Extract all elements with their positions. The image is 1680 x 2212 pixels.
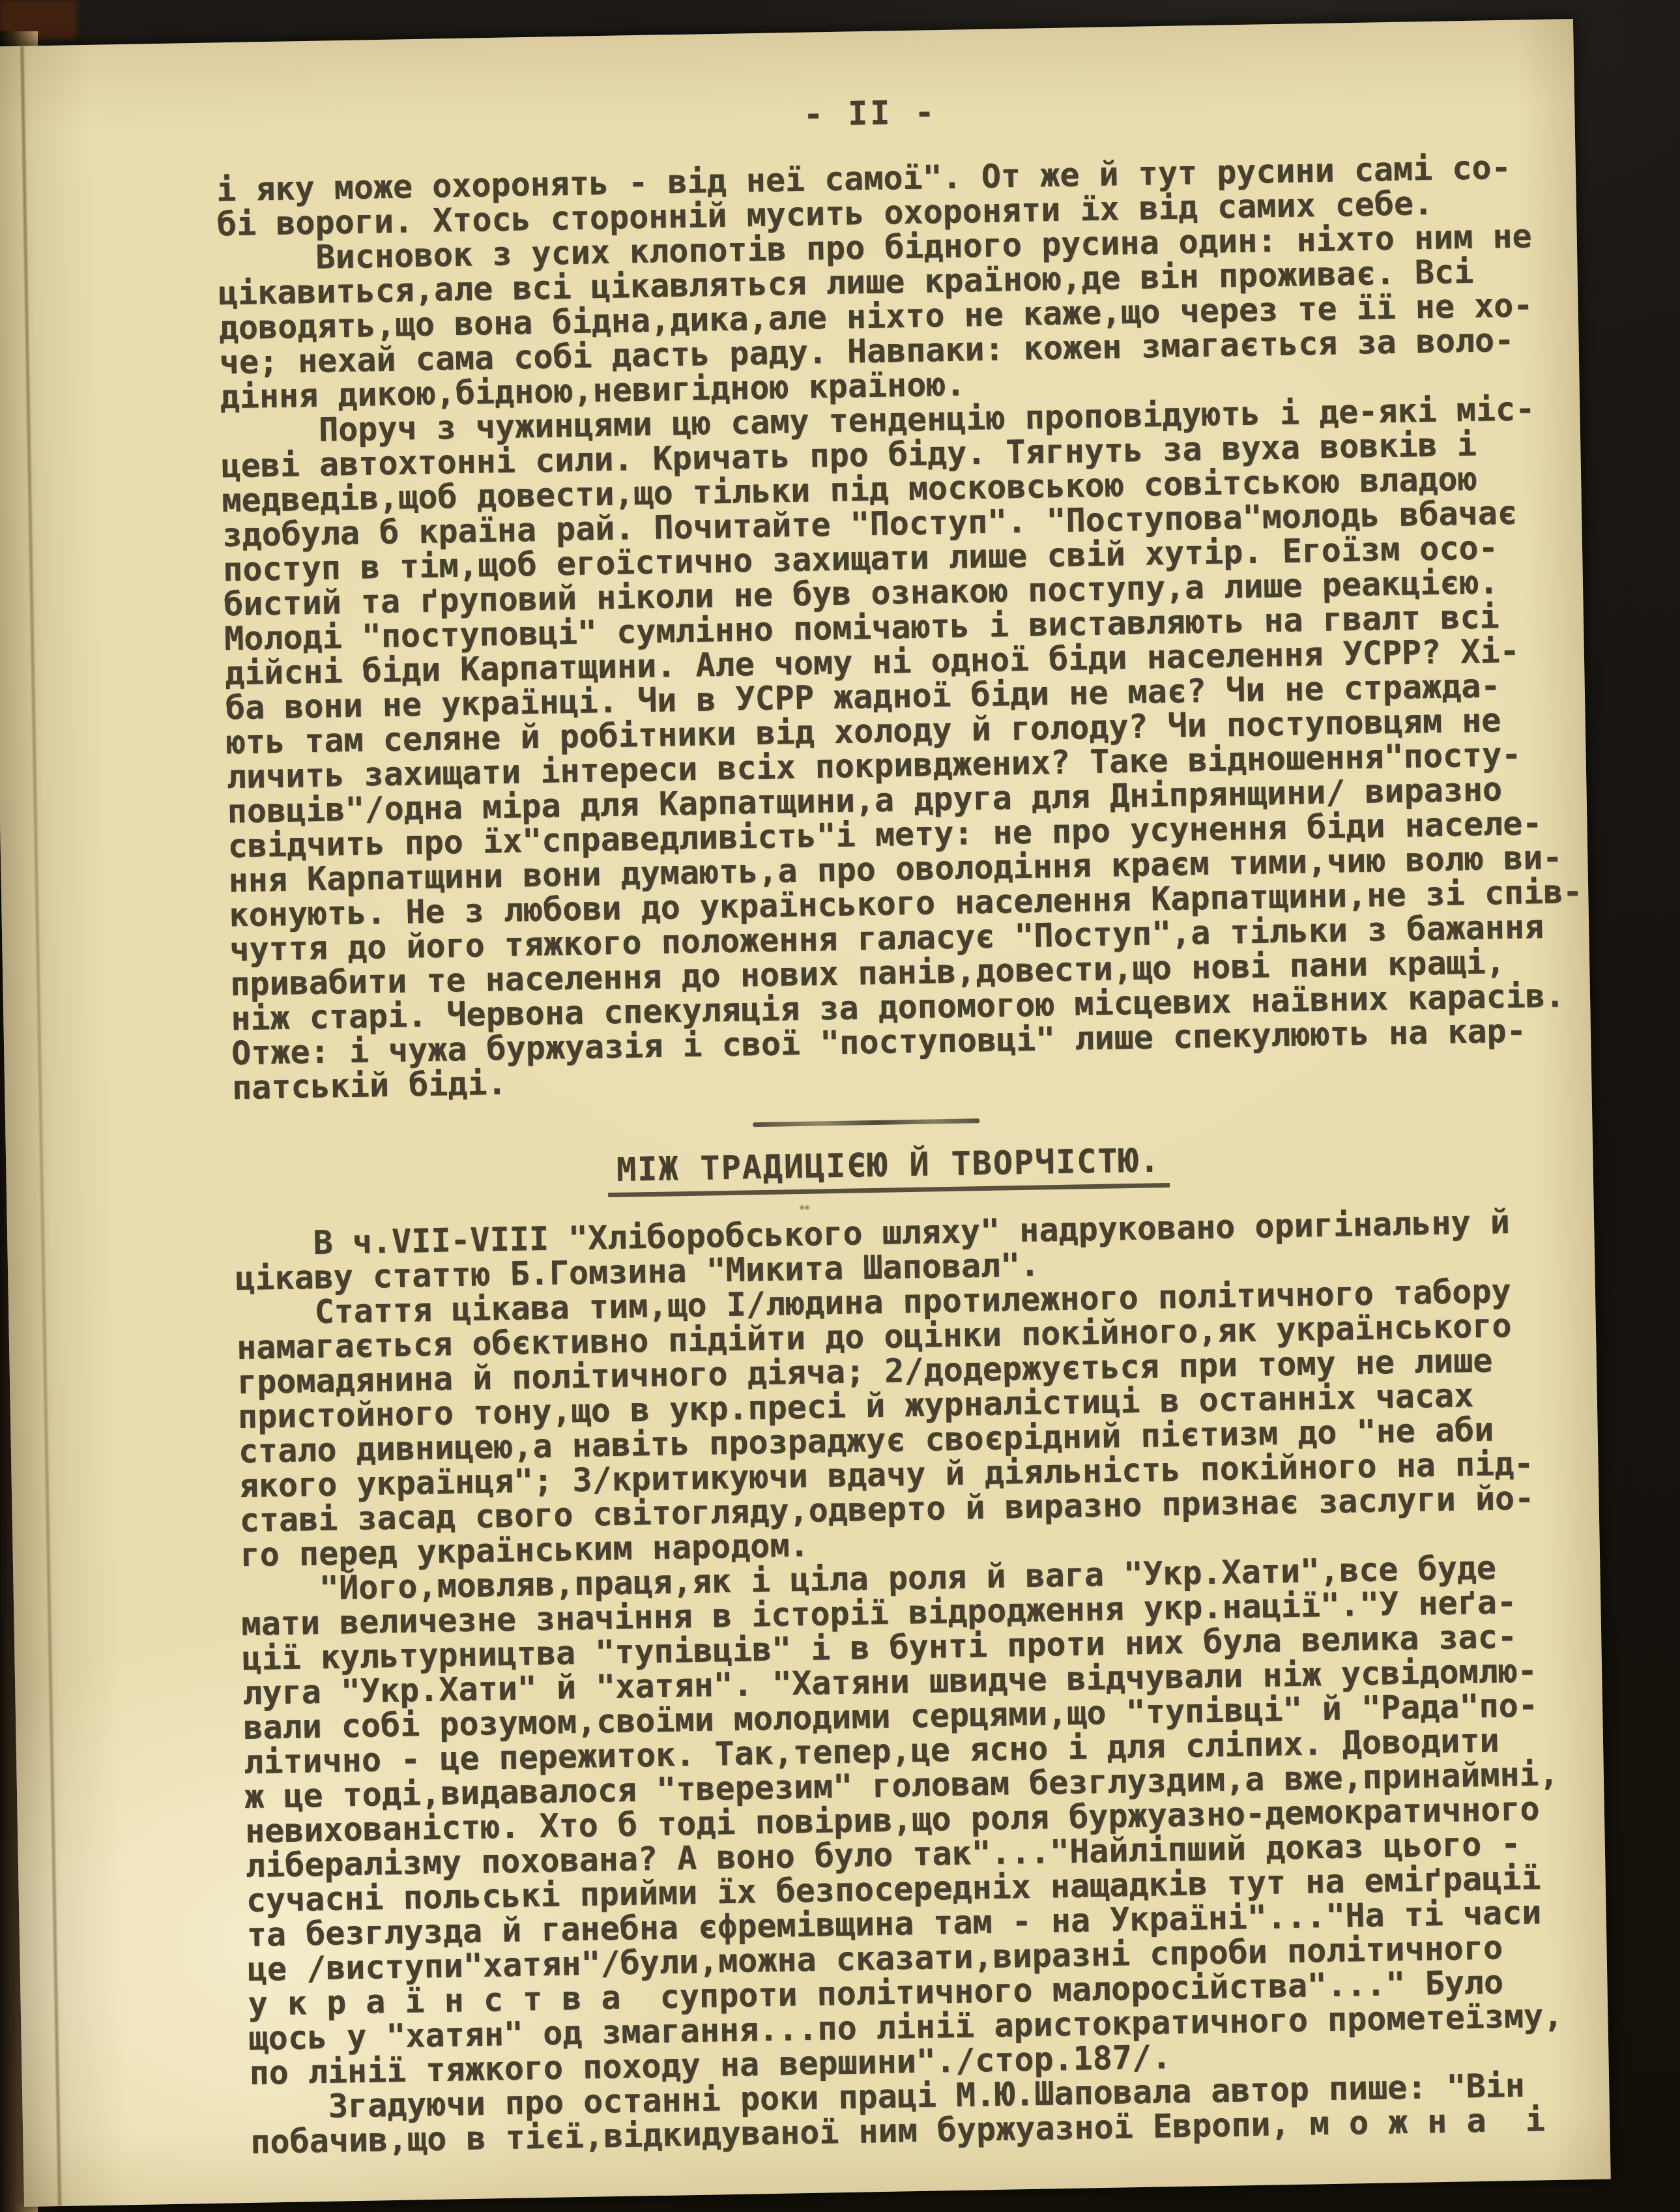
section-divider-rule <box>753 1118 979 1127</box>
article-text-block-2: В ч.VII-VIII "Хліборобського шляху" надр… <box>235 1203 1626 2160</box>
scanned-book-page: - II - і яку може охоронять - від неї са… <box>0 0 1680 2212</box>
section-heading: МІЖ ТРАДИЦІЄЮ Й ТВОРЧІСТЮ. <box>607 1143 1170 1197</box>
page-crease <box>20 46 61 2207</box>
section-heading-row: МІЖ ТРАДИЦІЄЮ Й ТВОРЧІСТЮ. <box>233 1137 1544 1204</box>
ink-smudge <box>799 1205 809 1210</box>
article-text-block-1: і яку може охоронять - від неї самої". О… <box>216 149 1608 1106</box>
page-number: - II - <box>215 85 1526 142</box>
paper-page: - II - і яку може охоронять - від неї са… <box>0 19 1611 2207</box>
